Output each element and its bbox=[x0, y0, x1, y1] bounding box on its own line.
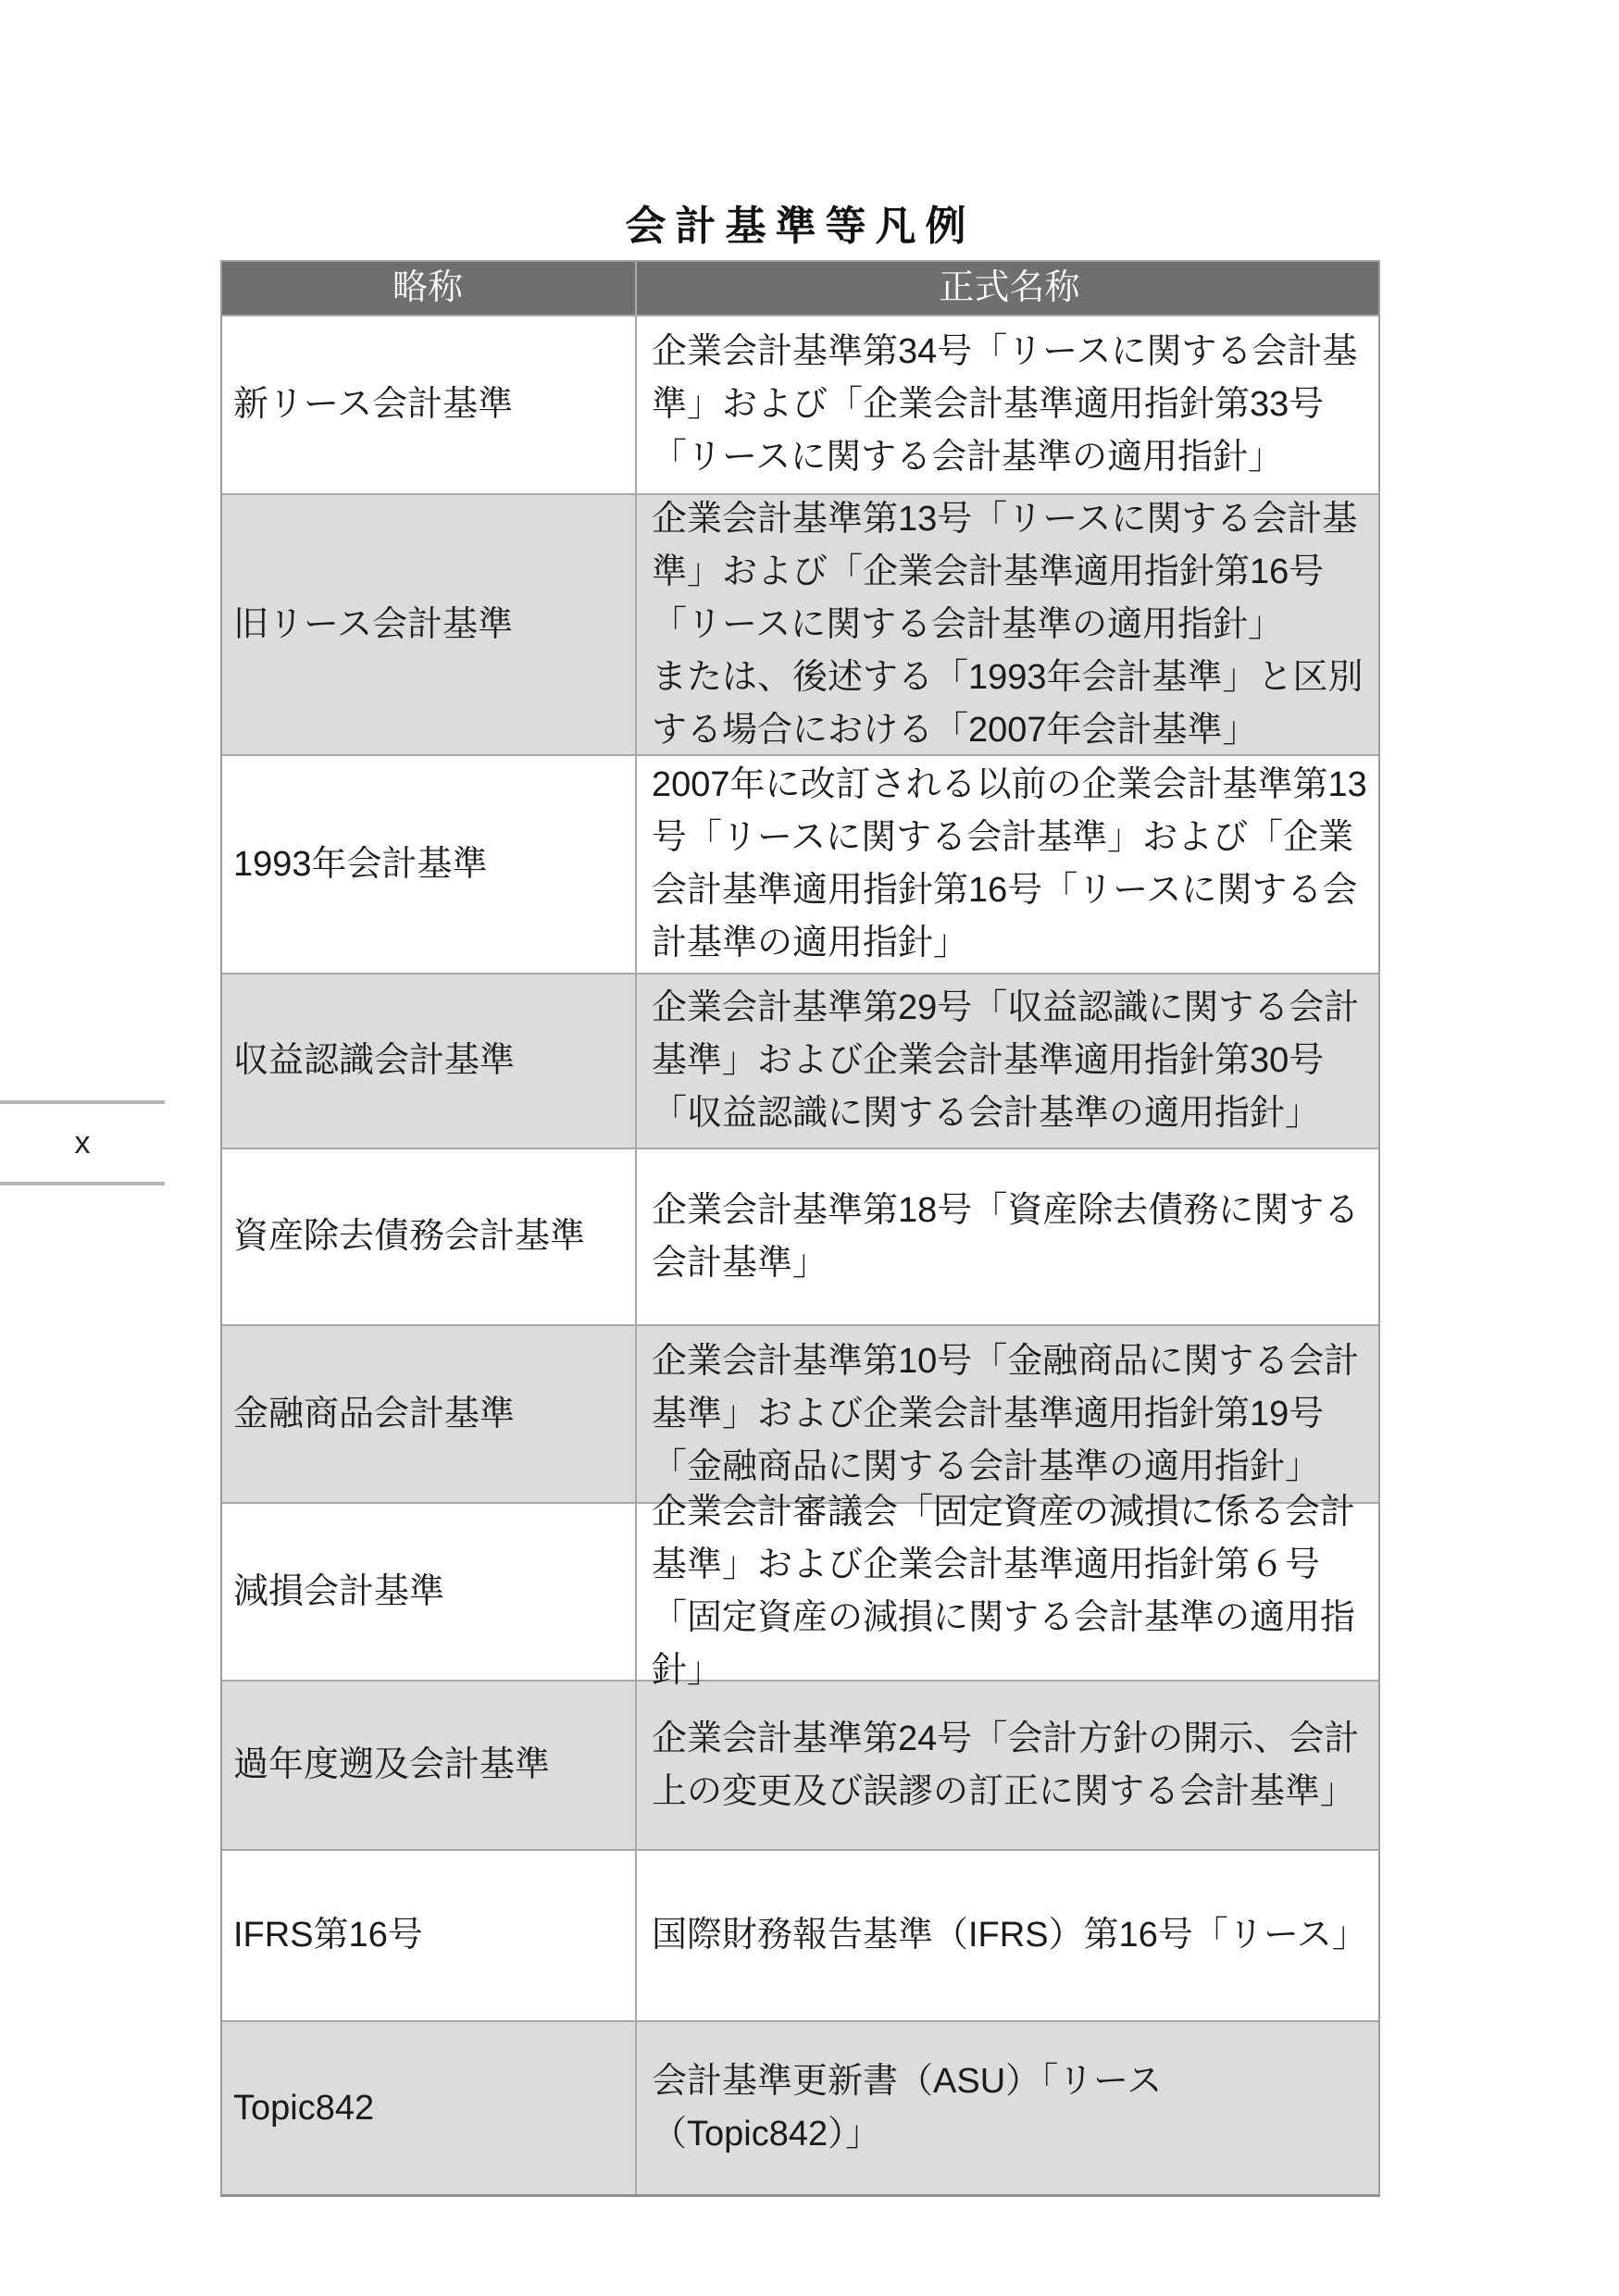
abbreviation-cell: Topic842 bbox=[222, 2022, 637, 2194]
official-name-cell: 会計基準更新書（ASU）「リース（Topic842）」 bbox=[637, 2022, 1378, 2194]
abbreviation-cell: 過年度遡及会計基準 bbox=[222, 1682, 637, 1849]
table-row: 減損会計基準 企業会計審議会「固定資産の減損に係る会計基準」および企業会計基準適… bbox=[222, 1502, 1378, 1680]
page-number: x bbox=[0, 1104, 165, 1182]
official-name-cell: 国際財務報告基準（IFRS）第16号「リース」 bbox=[637, 1851, 1378, 2020]
table-row: 旧リース会計基準 企業会計基準第13号「リースに関する会計基準」および「企業会計… bbox=[222, 493, 1378, 754]
official-name-cell: 2007年に改訂される以前の企業会計基準第13号「リースに関する会計基準」および… bbox=[637, 756, 1378, 973]
abbreviation-cell: 収益認識会計基準 bbox=[222, 974, 637, 1148]
table-header-row: 略称 正式名称 bbox=[222, 262, 1378, 315]
table-row: 資産除去債務会計基準 企業会計基準第18号「資産除去債務に関する会計基準」 bbox=[222, 1148, 1378, 1324]
document-page: 会計基準等凡例 x 略称 正式名称 新リース会計基準 企業会計基準第34号「リー… bbox=[0, 0, 1619, 2296]
table-row: 金融商品会計基準 企業会計基準第10号「金融商品に関する会計基準」および企業会計… bbox=[222, 1324, 1378, 1502]
header-cell-abbreviation: 略称 bbox=[222, 262, 637, 315]
official-name-cell: 企業会計基準第34号「リースに関する会計基準」および「企業会計基準適用指針第33… bbox=[637, 316, 1378, 493]
accounting-standards-table: 略称 正式名称 新リース会計基準 企業会計基準第34号「リースに関する会計基準」… bbox=[220, 260, 1380, 2197]
abbreviation-cell: 減損会計基準 bbox=[222, 1504, 637, 1680]
table-row: 新リース会計基準 企業会計基準第34号「リースに関する会計基準」および「企業会計… bbox=[222, 315, 1378, 493]
table-row: 1993年会計基準 2007年に改訂される以前の企業会計基準第13号「リースに関… bbox=[222, 754, 1378, 973]
official-name-cell: 企業会計基準第29号「収益認識に関する会計基準」および企業会計基準適用指針第30… bbox=[637, 974, 1378, 1148]
table-row: Topic842 会計基準更新書（ASU）「リース（Topic842）」 bbox=[222, 2020, 1378, 2194]
abbreviation-cell: 旧リース会計基準 bbox=[222, 495, 637, 754]
page-number-marker: x bbox=[0, 1100, 165, 1185]
abbreviation-cell: 金融商品会計基準 bbox=[222, 1326, 637, 1502]
abbreviation-cell: 1993年会計基準 bbox=[222, 756, 637, 973]
abbreviation-cell: 新リース会計基準 bbox=[222, 316, 637, 493]
official-name-cell: 企業会計審議会「固定資産の減損に係る会計基準」および企業会計基準適用指針第６号「… bbox=[637, 1504, 1378, 1680]
abbreviation-cell: IFRS第16号 bbox=[222, 1851, 637, 2020]
official-name-cell: 企業会計基準第18号「資産除去債務に関する会計基準」 bbox=[637, 1149, 1378, 1324]
table-row: 過年度遡及会計基準 企業会計基準第24号「会計方針の開示、会計上の変更及び誤謬の… bbox=[222, 1680, 1378, 1849]
table-row: IFRS第16号 国際財務報告基準（IFRS）第16号「リース」 bbox=[222, 1849, 1378, 2020]
page-title: 会計基準等凡例 bbox=[220, 192, 1380, 252]
header-cell-official-name: 正式名称 bbox=[637, 262, 1378, 315]
official-name-cell: 企業会計基準第24号「会計方針の開示、会計上の変更及び誤謬の訂正に関する会計基準… bbox=[637, 1682, 1378, 1849]
table-row: 収益認識会計基準 企業会計基準第29号「収益認識に関する会計基準」および企業会計… bbox=[222, 973, 1378, 1148]
marker-rule-bottom bbox=[0, 1182, 165, 1185]
abbreviation-cell: 資産除去債務会計基準 bbox=[222, 1149, 637, 1324]
official-name-cell: 企業会計基準第13号「リースに関する会計基準」および「企業会計基準適用指針第16… bbox=[637, 495, 1378, 754]
official-name-cell: 企業会計基準第10号「金融商品に関する会計基準」および企業会計基準適用指針第19… bbox=[637, 1326, 1378, 1502]
